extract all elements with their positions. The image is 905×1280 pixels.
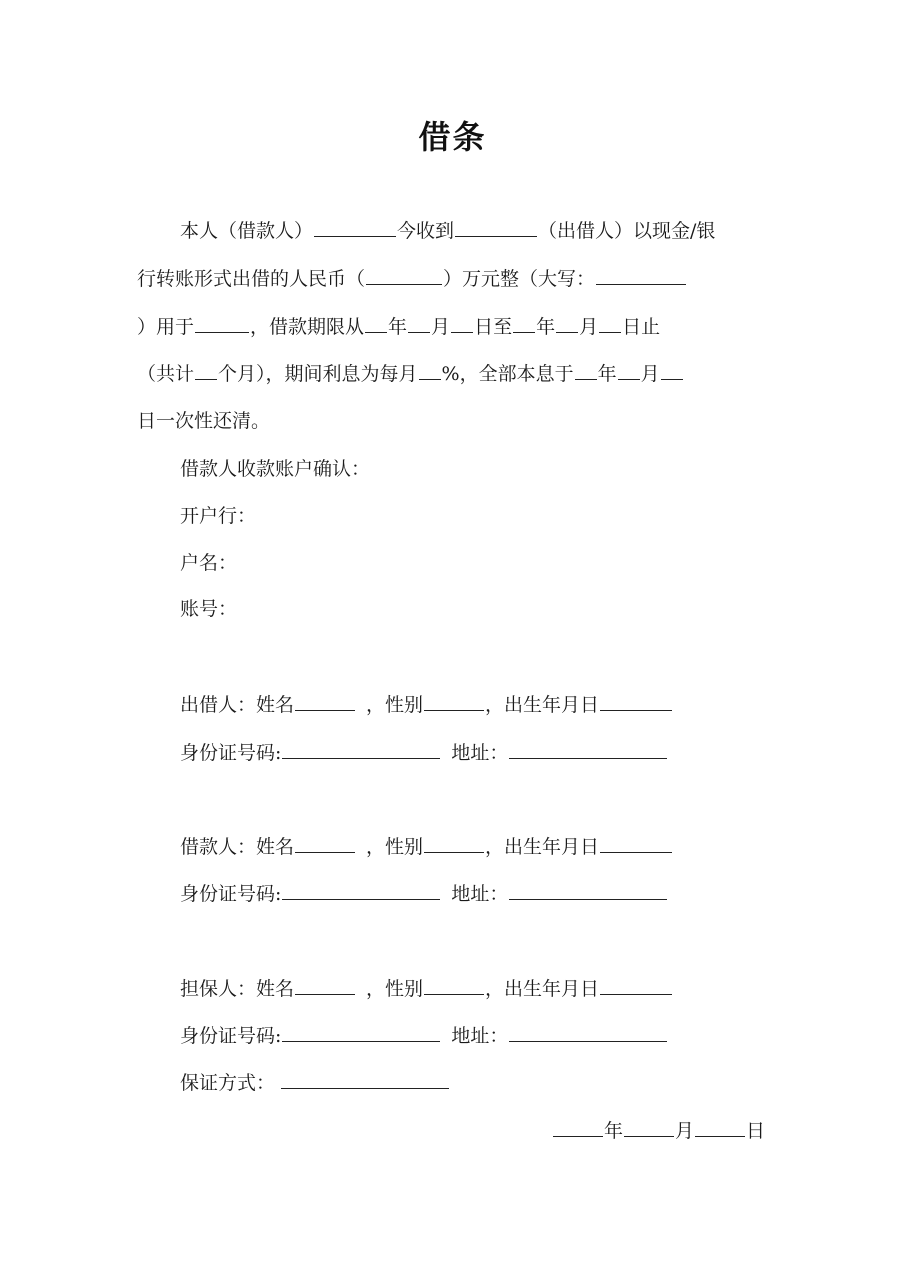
purpose-blank[interactable]: [195, 314, 249, 333]
lender-id-label: 身份证号码:: [180, 742, 281, 764]
end-month-blank[interactable]: [556, 314, 578, 333]
account-number-field[interactable]: 账号：: [180, 597, 237, 621]
lender-name-label: 出借人：姓名: [180, 694, 294, 716]
interest-rate-blank[interactable]: [419, 361, 441, 380]
total-months-blank[interactable]: [195, 361, 217, 380]
guarantee-method-line: 保证方式：: [180, 1070, 450, 1095]
guarantor-birth-field[interactable]: [600, 976, 672, 995]
lender-name-field[interactable]: [295, 692, 355, 711]
lender-address-label: 地址：: [451, 742, 508, 764]
start-day-to-label: 日至: [474, 316, 512, 338]
end-year-blank[interactable]: [513, 314, 535, 333]
repay-month-blank[interactable]: [618, 361, 640, 380]
borrower-info-line: 借款人：姓名，性别，出生年月日: [180, 834, 673, 859]
interest-label: 个月），期间利息为每月: [218, 363, 418, 385]
received-from-label: 今收到: [397, 220, 454, 242]
account-name-label: 户名：: [180, 552, 237, 574]
end-year-label: 年: [536, 316, 555, 338]
repay-once-label: 日一次性还清。: [137, 410, 270, 432]
bank-label: 开户行：: [180, 505, 256, 527]
guarantor-birth-label: ，出生年月日: [485, 978, 599, 1000]
lender-gender-field[interactable]: [424, 692, 484, 711]
borrower-gender-label: ，性别: [366, 836, 423, 858]
end-month-label: 月: [579, 316, 598, 338]
borrower-name-label: 借款人：姓名: [180, 836, 294, 858]
start-year-label: 年: [388, 316, 407, 338]
signing-month-field[interactable]: [624, 1118, 674, 1137]
guarantor-address-field[interactable]: [509, 1023, 667, 1042]
borrower-name-field[interactable]: [295, 834, 355, 853]
end-day-label: 日止: [622, 316, 660, 338]
borrower-address-label: 地址：: [451, 883, 508, 905]
start-month-label: 月: [431, 316, 450, 338]
purpose-label: ）用于: [137, 316, 194, 338]
signing-date-line: 年月日: [552, 1118, 765, 1143]
repay-year-blank[interactable]: [575, 361, 597, 380]
amount-unit-label: ）万元整（大写：: [443, 268, 595, 290]
amount-number-blank[interactable]: [366, 266, 442, 285]
borrower-name-blank[interactable]: [314, 218, 396, 237]
lender-birth-label: ，出生年月日: [485, 694, 599, 716]
loan-note-page: 借条 本人（借款人）今收到（出借人）以现金/银 行转账形式出借的人民币（）万元整…: [0, 0, 905, 1280]
total-months-label: （共计: [137, 363, 194, 385]
start-day-blank[interactable]: [451, 314, 473, 333]
signing-day-label: 日: [746, 1120, 765, 1142]
paragraph-line-5: 日一次性还清。: [137, 409, 270, 433]
signing-month-label: 月: [675, 1120, 694, 1142]
start-year-blank[interactable]: [365, 314, 387, 333]
account-number-label: 账号：: [180, 598, 237, 620]
account-bank-field[interactable]: 开户行：: [180, 504, 256, 528]
guarantee-method-field[interactable]: [281, 1070, 449, 1089]
repay-label: %，全部本息于: [442, 363, 574, 385]
term-from-label: ，借款期限从: [250, 316, 364, 338]
paragraph-line-4: （共计个月），期间利息为每月%，全部本息于年月: [137, 361, 684, 386]
lender-address-field[interactable]: [509, 740, 667, 759]
borrower-birth-label: ，出生年月日: [485, 836, 599, 858]
paragraph-line-3: ）用于，借款期限从年月日至年月日止: [137, 314, 660, 339]
lender-method-label: （出借人）以现金/银: [538, 220, 715, 242]
start-month-blank[interactable]: [408, 314, 430, 333]
repay-month-label: 月: [641, 363, 660, 385]
account-heading: 借款人收款账户确认：: [180, 457, 370, 481]
guarantor-address-label: 地址：: [451, 1025, 508, 1047]
lender-birth-field[interactable]: [600, 692, 672, 711]
rmb-amount-label: 行转账形式出借的人民币（: [137, 268, 365, 290]
signing-year-field[interactable]: [553, 1118, 603, 1137]
guarantor-gender-label: ，性别: [366, 978, 423, 1000]
borrower-birth-field[interactable]: [600, 834, 672, 853]
end-day-blank[interactable]: [599, 314, 621, 333]
borrower-id-line: 身份证号码:地址：: [180, 881, 668, 906]
repay-day-blank[interactable]: [661, 361, 683, 380]
guarantor-id-label: 身份证号码:: [180, 1025, 281, 1047]
lender-id-line: 身份证号码:地址：: [180, 740, 668, 765]
borrower-address-field[interactable]: [509, 881, 667, 900]
guarantor-name-label: 担保人：姓名: [180, 978, 294, 1000]
borrower-id-label: 身份证号码:: [180, 883, 281, 905]
lender-gender-label: ，性别: [366, 694, 423, 716]
guarantee-method-label: 保证方式：: [180, 1072, 275, 1094]
signing-day-field[interactable]: [695, 1118, 745, 1137]
amount-uppercase-blank[interactable]: [596, 266, 686, 285]
borrower-id-field[interactable]: [282, 881, 440, 900]
account-name-field[interactable]: 户名：: [180, 551, 237, 575]
guarantor-id-field[interactable]: [282, 1023, 440, 1042]
guarantor-info-line: 担保人：姓名，性别，出生年月日: [180, 976, 673, 1001]
lender-id-field[interactable]: [282, 740, 440, 759]
paragraph-line-1: 本人（借款人）今收到（出借人）以现金/银: [180, 218, 715, 243]
guarantor-id-line: 身份证号码:地址：: [180, 1023, 668, 1048]
repay-year-label: 年: [598, 363, 617, 385]
borrower-gender-field[interactable]: [424, 834, 484, 853]
document-title: 借条: [0, 112, 905, 158]
lender-info-line: 出借人：姓名，性别，出生年月日: [180, 692, 673, 717]
lender-name-blank[interactable]: [455, 218, 537, 237]
borrower-self-label: 本人（借款人）: [180, 220, 313, 242]
paragraph-line-2: 行转账形式出借的人民币（）万元整（大写：: [137, 266, 687, 291]
signing-year-label: 年: [604, 1120, 623, 1142]
guarantor-gender-field[interactable]: [424, 976, 484, 995]
guarantor-name-field[interactable]: [295, 976, 355, 995]
